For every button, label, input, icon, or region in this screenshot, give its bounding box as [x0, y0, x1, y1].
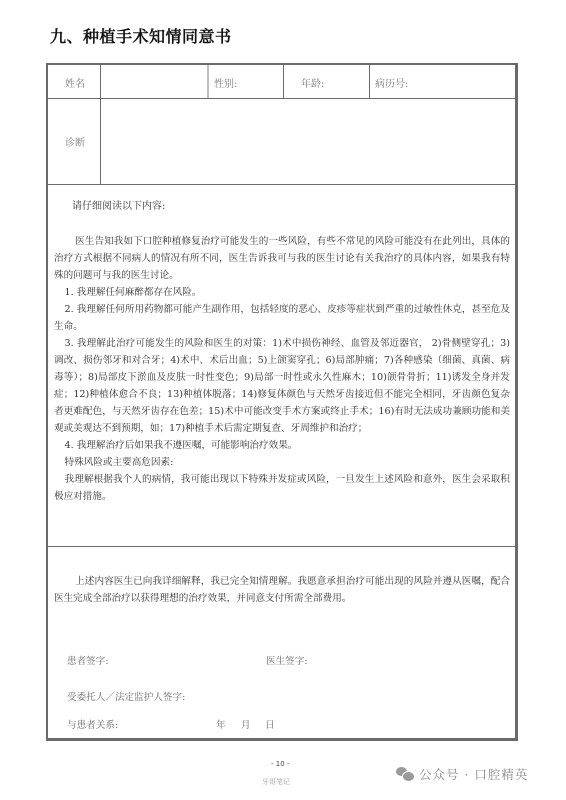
name-field[interactable]: [106, 75, 201, 89]
proxy-signature-field[interactable]: 受委托人／法定监护人签字:: [67, 689, 185, 703]
date-year-field[interactable]: 年: [216, 717, 226, 731]
column-divider: [369, 65, 370, 98]
patient-info-row: 姓名 性别: 年龄: 病历号:: [48, 65, 515, 99]
risk-intro: 医生告知我如下口腔种植修复治疗可能发生的一些风险，有些不常见的风险可能没有在此列…: [54, 233, 510, 284]
special-risk-text: 我理解根据我个人的病情，我可能出现以下特殊并发症或风险，一旦发生上述风险和意外，…: [54, 471, 510, 505]
watermark-text: 公众号 · 口腔精英: [419, 765, 528, 783]
watermark: 公众号 · 口腔精英: [396, 765, 528, 783]
risk-item: 3. 我理解此治疗可能发生的风险和医生的对策：1)术中损伤神经、血管及邻近器官，…: [54, 335, 510, 437]
age-field[interactable]: 年龄:: [301, 75, 324, 90]
special-risk-heading: 特殊风险或主要高危因素:: [54, 454, 510, 471]
name-label: 姓名: [65, 75, 85, 90]
diagnosis-label: 诊断: [65, 134, 85, 149]
consent-section: 上述内容医生已向我详细解释，我已完全知情理解。我愿意承担治疗可能出现的风险并遵从…: [48, 547, 515, 737]
risk-disclosure-section: 请仔细阅读以下内容: 医生告知我如下口腔种植修复治疗可能发生的一些风险，有些不常…: [48, 184, 515, 547]
patient-signature-field[interactable]: 患者签字:: [67, 653, 109, 667]
consent-statement-block: 上述内容医生已向我详细解释，我已完全知情理解。我愿意承担治疗可能出现的风险并遵从…: [54, 573, 510, 607]
relation-field[interactable]: 与患者关系:: [67, 717, 118, 731]
risk-item: 2. 我理解任何所用药物都可能产生副作用，包括轻度的恶心、皮疹等症状到严重的过敏…: [54, 301, 510, 335]
wechat-icon: [396, 767, 414, 781]
column-divider: [283, 65, 284, 98]
column-divider: [207, 65, 209, 98]
risk-item: 1. 我理解任何麻醉都存在风险。: [54, 284, 510, 301]
consent-statement: 上述内容医生已向我详细解释，我已完全知情理解。我愿意承担治疗可能出现的风险并遵从…: [54, 573, 510, 607]
date-month-field[interactable]: 月: [241, 717, 251, 731]
record-number-field[interactable]: 病历号:: [375, 75, 408, 90]
source-note: 牙哥笔记: [262, 777, 290, 787]
read-carefully-heading: 请仔细阅读以下内容:: [72, 197, 165, 212]
column-divider: [100, 65, 101, 98]
gender-field[interactable]: 性别:: [214, 75, 237, 90]
column-divider: [100, 98, 101, 184]
page-title: 九、种植手术知情同意书: [50, 24, 232, 47]
diagnosis-field[interactable]: [106, 104, 506, 176]
date-day-field[interactable]: 日: [265, 717, 275, 731]
page-number: - 10 -: [271, 760, 289, 768]
doctor-signature-field[interactable]: 医生签字:: [266, 653, 308, 667]
consent-form-table: 姓名 性别: 年龄: 病历号: 诊断 请仔细阅读以下内容: 医生告知我如下口腔种…: [46, 63, 518, 741]
risk-item: 4. 我理解治疗后如果我不遵医嘱，可能影响治疗效果。: [54, 437, 510, 454]
diagnosis-row: 诊断: [48, 98, 515, 185]
risk-text-block: 医生告知我如下口腔种植修复治疗可能发生的一些风险，有些不常见的风险可能没有在此列…: [54, 233, 510, 505]
